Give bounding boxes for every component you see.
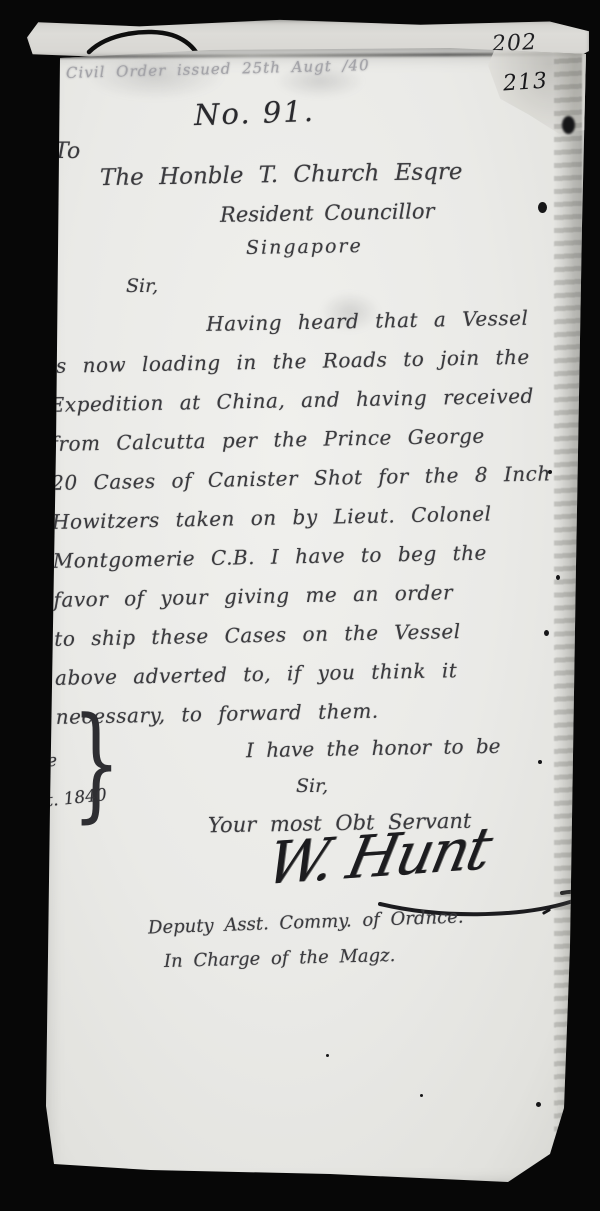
scanned-letter-page: 202 213 Civil Order issued 25th Augt /40… <box>0 0 600 1211</box>
stain-spot <box>544 630 549 636</box>
signer-title-line2: In Charge of the Magz. <box>164 945 396 972</box>
margin-dash <box>48 158 50 170</box>
page-number: 213 <box>502 68 549 96</box>
greeting: Sir, <box>126 275 158 297</box>
recipient-name: The Honble T. Church Esqre <box>100 159 463 191</box>
letter-number: No. 91. <box>193 94 315 132</box>
address-to: To <box>54 139 80 164</box>
stain-spot <box>556 575 560 580</box>
stain-spot <box>536 1102 541 1107</box>
valediction-sir: Sir, <box>296 775 328 797</box>
margin-note-line: ffice <box>19 751 57 774</box>
letter-page: 213 Civil Order issued 25th Augt /40 No.… <box>30 46 590 1191</box>
stain-spot <box>562 116 575 134</box>
stain-spot <box>326 1054 329 1057</box>
recipient-place: Singapore <box>246 235 363 259</box>
stain-spot <box>420 1094 423 1097</box>
recipient-title: Resident Councillor <box>220 199 435 227</box>
margin-dash <box>47 134 49 146</box>
margin-note-line: ne <box>30 716 51 736</box>
signer-title-line1: Deputy Asst. Commy. of Ordnce. <box>148 906 464 938</box>
right-edge-stains <box>554 46 582 1191</box>
stain-spot <box>538 202 547 213</box>
letter-body: Having heard that a Vesselis now loading… <box>48 298 568 737</box>
valediction-line: I have the honor to be <box>246 734 501 762</box>
margin-dash <box>46 110 48 122</box>
stain-spot <box>548 470 552 474</box>
stain-spot <box>538 760 542 764</box>
margin-note: } ne ffice Augt. 1840 <box>6 694 116 864</box>
margin-brace: } <box>72 690 121 835</box>
